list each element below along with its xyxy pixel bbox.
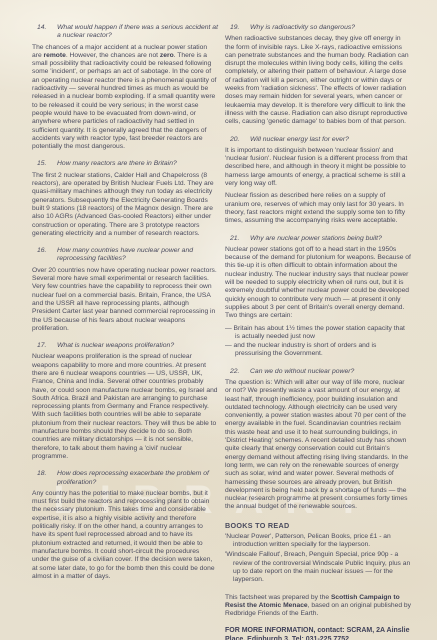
question-text: Can we do without nuclear power? <box>250 368 354 376</box>
left-column: 14. What would happen if there was a ser… <box>32 24 218 640</box>
answer-paragraph: The chances of a major accident at a nuc… <box>32 44 218 152</box>
question-number: 17. <box>37 342 57 350</box>
book-item: 'Windscale Fallout', Breach, Penguin Spe… <box>225 551 411 584</box>
contact-line: FOR MORE INFORMATION, contact: SCRAM, 2A… <box>225 627 411 640</box>
question-number: 16. <box>37 247 57 264</box>
qa-item-15: 15. How many reactors are there in Brita… <box>32 160 218 238</box>
answer-paragraph: Over 20 countries now have operating nuc… <box>32 267 218 333</box>
question-number: 18. <box>37 470 57 487</box>
question-number: 20. <box>230 136 250 144</box>
question-text: Why is radioactivity so dangerous? <box>250 24 355 32</box>
qa-item-16: 16. How many countries have nuclear powe… <box>32 247 218 333</box>
two-column-layout: 14. What would happen if there was a ser… <box>32 24 411 640</box>
question-heading: 15. How many reactors are there in Brita… <box>32 160 218 168</box>
answer-paragraph: It is important to distinguish between '… <box>225 147 411 188</box>
credit-line: This factsheet was prepared by the Scott… <box>225 594 411 619</box>
answer-paragraph: Nuclear power stations got off to a head… <box>225 246 411 321</box>
answer-bullet: — Britain has about 1½ times the power s… <box>225 325 411 342</box>
answer-bullet: — and the nuclear industry is short of o… <box>225 342 411 359</box>
answer-segment-bold: zero <box>160 52 174 59</box>
answer-segment-bold: remote <box>44 52 66 59</box>
question-heading: 18. How does reprocessing exacerbate the… <box>32 470 218 487</box>
book-item: 'Nuclear Power', Patterson, Pelican Book… <box>225 533 411 550</box>
question-heading: 19. Why is radioactivity so dangerous? <box>225 24 411 32</box>
question-heading: 22. Can we do without nuclear power? <box>225 368 411 376</box>
answer-paragraph: The first 2 nuclear stations, Calder Hal… <box>32 172 218 238</box>
question-number: 22. <box>230 368 250 376</box>
question-text: How many countries have nuclear power an… <box>57 247 218 264</box>
qa-item-20: 20. Will nuclear energy last for ever? I… <box>225 136 411 226</box>
question-text: Why are nuclear power stations being bui… <box>250 235 382 243</box>
question-heading: 14. What would happen if there was a ser… <box>32 24 218 41</box>
question-text: How many reactors are there in Britain? <box>57 160 177 168</box>
right-column: 19. Why is radioactivity so dangerous? W… <box>225 24 411 640</box>
answer-paragraph: When radioactive substances decay, they … <box>225 35 411 126</box>
qa-item-17: 17. What is nuclear weapons proliferatio… <box>32 342 218 461</box>
qa-item-18: 18. How does reprocessing exacerbate the… <box>32 470 218 581</box>
qa-item-14: 14. What would happen if there was a ser… <box>32 24 218 151</box>
question-number: 15. <box>37 160 57 168</box>
answer-segment: . There is a small possibility that radi… <box>32 52 216 150</box>
qa-item-22: 22. Can we do without nuclear power? The… <box>225 368 411 512</box>
question-text: Will nuclear energy last for ever? <box>250 136 349 144</box>
qa-item-19: 19. Why is radioactivity so dangerous? W… <box>225 24 411 127</box>
answer-paragraph: Nuclear weapons proliferation is the spr… <box>32 353 218 461</box>
answer-paragraph: Nuclear fission as described here relies… <box>225 192 411 225</box>
question-number: 19. <box>230 24 250 32</box>
answer-segment: . However, the chances are not <box>66 52 160 59</box>
question-number: 21. <box>230 235 250 243</box>
factsheet-page: LIBRARY 14. What would happen if there w… <box>0 0 437 640</box>
qa-item-21: 21. Why are nuclear power stations being… <box>225 235 411 359</box>
question-text: How does reprocessing exacerbate the pro… <box>57 470 218 487</box>
books-to-read-header: BOOKS TO READ <box>225 521 411 530</box>
question-heading: 21. Why are nuclear power stations being… <box>225 235 411 243</box>
question-heading: 20. Will nuclear energy last for ever? <box>225 136 411 144</box>
question-heading: 16. How many countries have nuclear powe… <box>32 247 218 264</box>
answer-paragraph: Any country has the potential to make nu… <box>32 490 218 581</box>
credit-segment: This factsheet was prepared by the <box>225 594 331 601</box>
question-text: What would happen if there was a serious… <box>57 24 218 41</box>
question-number: 14. <box>37 24 57 41</box>
answer-paragraph: The question is: Which will alter our wa… <box>225 379 411 512</box>
question-heading: 17. What is nuclear weapons proliferatio… <box>32 342 218 350</box>
question-text: What is nuclear weapons proliferation? <box>57 342 174 350</box>
